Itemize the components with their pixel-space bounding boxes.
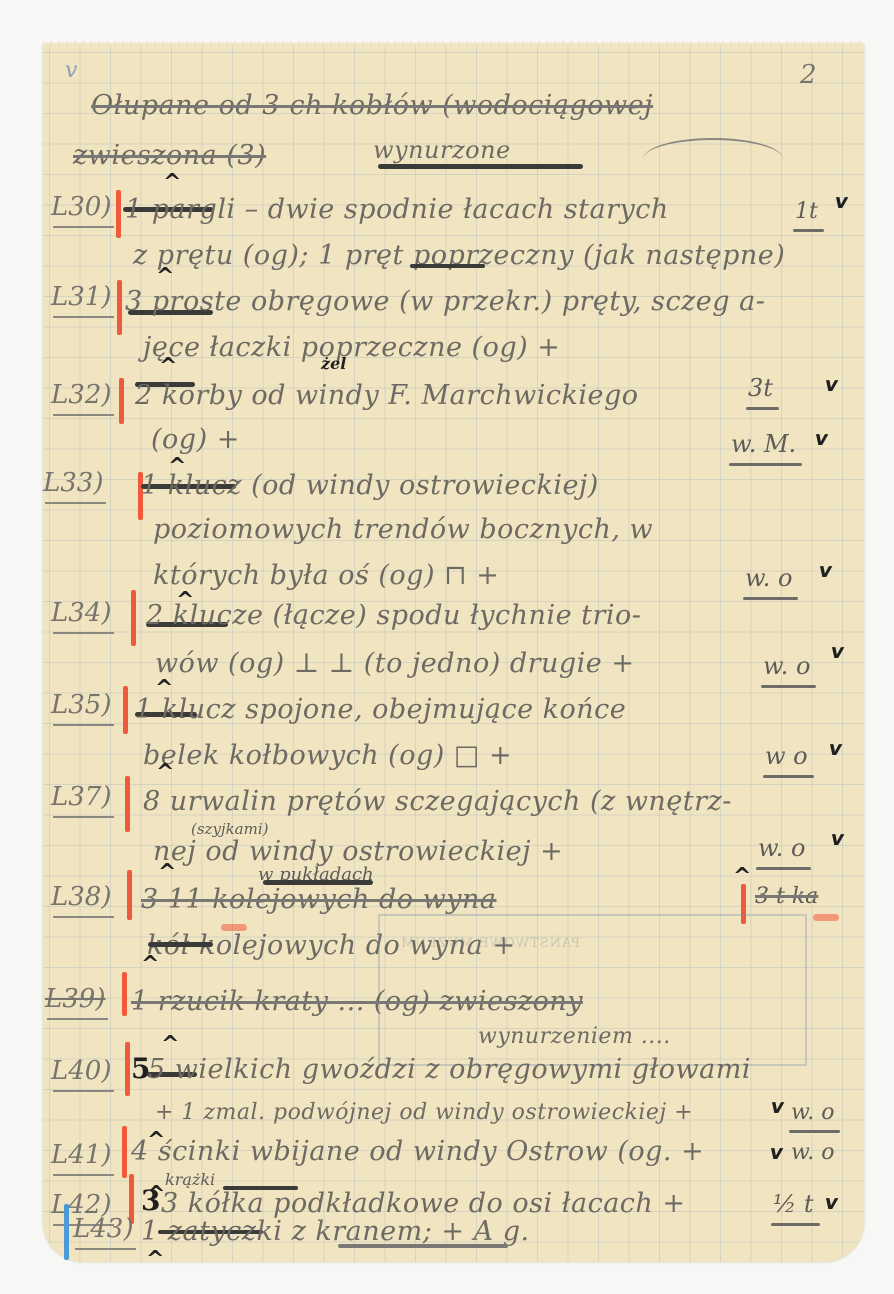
caret-mark: ^ <box>163 172 181 194</box>
entry-line: poziomowych trendów bocznych, w <box>153 514 653 545</box>
entry-number: L37) <box>51 782 112 812</box>
entry-line: jęce łaczki poprzeczne (og) + <box>143 332 560 363</box>
caret-mark: ^ <box>156 266 174 288</box>
red-crayon-mark <box>122 1126 127 1178</box>
entry-line: + 1 zmal. podwójnej od windy ostrowiecki… <box>155 1100 693 1125</box>
insertion-note: żel <box>321 354 346 373</box>
entry-number: L43) <box>73 1214 134 1244</box>
entry-annotation: w. M. <box>731 430 796 458</box>
entry-line: 1 klucz spojone, obejmujące końce <box>135 694 626 725</box>
header-line-1: Ołupane od 3-ch kobłów (wodociągowej <box>91 90 653 121</box>
top-margin-mark: v <box>65 58 78 83</box>
entry-annotation: 3 t ka <box>755 884 818 909</box>
entry-annotation: w. o <box>758 834 805 862</box>
check-mark: v <box>823 1190 840 1214</box>
strike-stroke <box>410 264 485 268</box>
entry-line: nej od windy ostrowieckiej + <box>153 836 563 867</box>
caret-mark: ^ <box>159 356 177 378</box>
check-mark: v <box>829 639 846 663</box>
entry-line: 3 11 kolejowych do wyna <box>141 884 497 915</box>
notebook-page: v 2 Ołupane od 3-ch kobłów (wodociągowej… <box>43 44 864 1262</box>
entry-number: L33) <box>43 468 104 498</box>
entry-line: 2 klucze (łącze) spodu łychnie trio- <box>146 600 641 631</box>
check-mark: v <box>813 426 830 450</box>
red-crayon-smear <box>813 914 839 921</box>
page-number: 2 <box>800 60 817 90</box>
entry-number: L32) <box>51 380 112 410</box>
brace-mark <box>643 138 783 180</box>
entry-line: 4 ścinki wbijane od windy Ostrow (og. + <box>131 1136 704 1167</box>
caret-mark: ^ <box>141 954 159 976</box>
strike-stroke <box>148 942 213 947</box>
entry-line: wynurzeniem .... <box>478 1024 671 1049</box>
entry-annotation: w. o <box>791 1140 834 1165</box>
entry-number: L41) <box>51 1140 112 1170</box>
entry-line: (og) + <box>151 424 240 455</box>
entry-number: L38) <box>51 882 112 912</box>
underline-stroke <box>378 164 583 169</box>
red-crayon-mark <box>125 1042 130 1096</box>
entry-number: L31) <box>51 282 112 312</box>
check-mark: v <box>768 1140 785 1164</box>
entry-annotation: w. o <box>791 1100 834 1125</box>
red-crayon-smear <box>221 924 247 931</box>
entry-line: 3 proste obręgowe (w przekr.) pręty, scz… <box>125 286 765 317</box>
entry-line: 1 klucz (od windy ostrowieckiej) <box>141 470 599 501</box>
entry-number: L34) <box>51 598 112 628</box>
entry-line: 1 pargli – dwie spodnie łacach starych <box>125 194 669 225</box>
entry-annotation: w. o <box>745 564 792 592</box>
check-mark: v <box>823 372 840 396</box>
check-mark: v <box>769 1094 786 1118</box>
red-crayon-mark <box>127 870 132 920</box>
entry-prefix: 3 <box>141 1184 161 1217</box>
blue-crayon-mark <box>64 1204 69 1260</box>
check-mark: v <box>817 558 834 582</box>
entry-number: L40) <box>51 1056 112 1086</box>
underline-stroke <box>338 1244 508 1248</box>
entry-line: 2 korby od windy F. Marchwickiego <box>135 380 639 411</box>
check-mark: v <box>829 826 846 850</box>
entry-annotation: 1t <box>795 199 818 224</box>
caret-mark: ^ <box>146 1249 164 1271</box>
entry-annotation: w o <box>765 742 808 770</box>
entry-number: L39) <box>45 984 106 1014</box>
entry-line: 5 wielkich gwoździ z obręgowymi głowami <box>148 1054 751 1085</box>
entry-number: L35) <box>51 690 112 720</box>
entry-number: L30) <box>51 192 112 222</box>
entry-line: 8 urwalin prętów sczegających (z wnętrz- <box>143 786 732 817</box>
red-crayon-mark <box>123 686 128 734</box>
entry-annotation: 3t <box>748 374 773 402</box>
red-crayon-mark <box>131 590 136 646</box>
stamp-text: PAŃSTWOWE MUZEUM <box>400 936 580 951</box>
entry-line: 1 zatyczki z kranem; + A g. <box>141 1216 530 1247</box>
caret-mark: ^ <box>156 762 174 784</box>
caret-mark: ^ <box>158 862 176 884</box>
entry-line: 1 rzucik kraty ... (og) zwieszony <box>131 986 583 1017</box>
red-crayon-mark <box>117 280 122 335</box>
entry-annotation: w. o <box>763 652 810 680</box>
red-crayon-mark <box>119 378 124 424</box>
entry-line: belek kołbowych (og) □ + <box>143 740 512 771</box>
check-mark: v <box>833 189 850 213</box>
red-crayon-mark <box>116 190 121 238</box>
red-crayon-mark <box>122 972 127 1016</box>
entry-line: których była oś (og) ⊓ + <box>153 560 499 591</box>
entry-annotation: ½ t <box>773 1190 814 1218</box>
check-mark: v <box>827 736 844 760</box>
entry-line: wów (og) ⊥ ⊥ (to jedno) drugie + <box>155 648 635 679</box>
entry-line: 3 kółka podkładkowe do osi łacach + <box>161 1188 686 1219</box>
insertion-note: krążki <box>165 1170 215 1189</box>
caret-mark: ^ <box>161 1034 179 1056</box>
header-line-2-tail: wynurzone <box>373 136 511 164</box>
red-crayon-mark <box>125 776 130 832</box>
header-line-2: zwieszona (3) <box>73 140 266 171</box>
